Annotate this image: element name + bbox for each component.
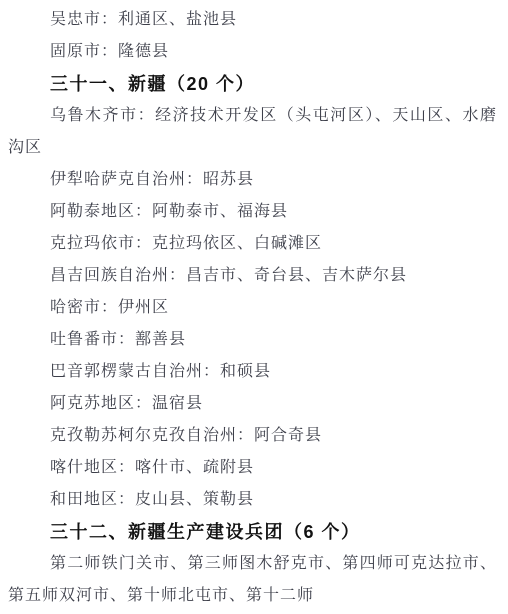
region-list-line: 吐鲁番市：鄯善县 — [8, 324, 497, 356]
region-list-line: 第二师铁门关市、第三师图木舒克市、第四师可克达拉市、第五师双河市、第十师北屯市、… — [8, 548, 497, 612]
region-list-line: 伊犁哈萨克自治州：昭苏县 — [8, 164, 497, 196]
region-list-line: 乌鲁木齐市：经济技术开发区（头屯河区）、天山区、水磨沟区 — [8, 100, 497, 164]
region-list-line: 哈密市：伊州区 — [8, 292, 497, 324]
region-list-line: 阿勒泰地区：阿勒泰市、福海县 — [8, 196, 497, 228]
region-list-line: 克孜勒苏柯尔克孜自治州：阿合奇县 — [8, 420, 497, 452]
section-heading: 三十二、新疆生产建设兵团（6 个） — [8, 516, 497, 548]
region-list-line: 吴忠市：利通区、盐池县 — [8, 4, 497, 36]
region-list-line: 和田地区：皮山县、策勒县 — [8, 484, 497, 516]
region-list-line: 克拉玛依市：克拉玛依区、白碱滩区 — [8, 228, 497, 260]
region-list-line: 喀什地区：喀什市、疏附县 — [8, 452, 497, 484]
region-list-line: 巴音郭楞蒙古自治州：和硕县 — [8, 356, 497, 388]
document-body: 吴忠市：利通区、盐池县固原市：隆德县三十一、新疆（20 个）乌鲁木齐市：经济技术… — [0, 0, 508, 614]
region-list-line: 昌吉回族自治州：昌吉市、奇台县、吉木萨尔县 — [8, 260, 497, 292]
region-list-line: 阿克苏地区：温宿县 — [8, 388, 497, 420]
section-heading: 三十一、新疆（20 个） — [8, 68, 497, 100]
region-list-line: 固原市：隆德县 — [8, 36, 497, 68]
